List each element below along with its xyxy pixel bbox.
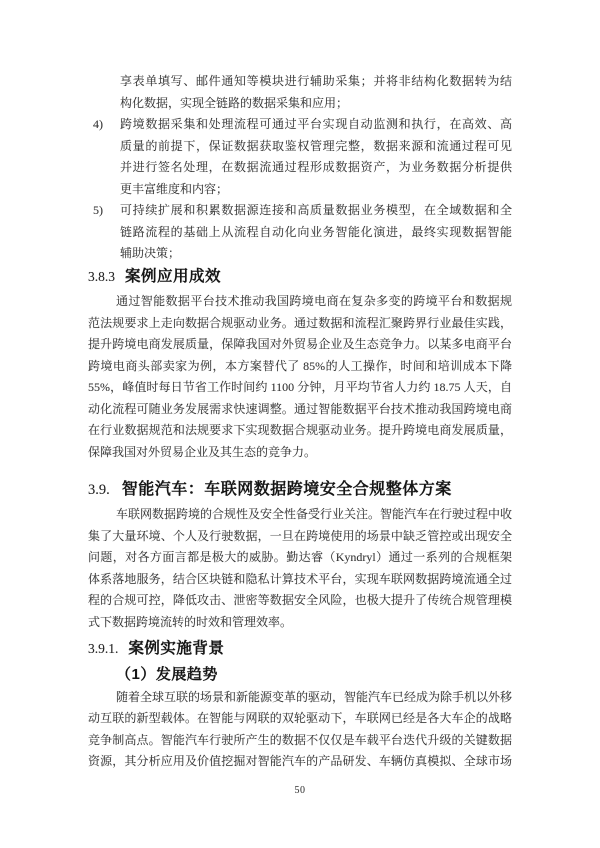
text-line: 式下数据跨境流转的时效和管理效率。 <box>88 612 512 634</box>
page-number: 50 <box>0 786 600 796</box>
text-line: 保障我国对外贸易企业及其生态的竞争力。 <box>88 442 512 464</box>
heading-title: 智能汽车：车联网数据跨境安全合规整体方案 <box>122 481 452 498</box>
section-heading-h39: 3.9.智能汽车：车联网数据跨境安全合规整体方案 <box>88 478 512 502</box>
text-line: 并进行签名处理，在数据流通过程形成数据资产，为业务数据分析提供 <box>120 157 512 179</box>
section-heading-h391: 3.9.1.案例实施背景 <box>88 638 512 660</box>
text-line: 资源，其分析应用及价值挖掘对智能汽车的产品研发、车辆仿真模拟、全球市场 <box>88 751 512 773</box>
list-item-number: 5) <box>93 200 119 222</box>
text-line: 更丰富维度和内容； <box>120 179 512 201</box>
text-line: 55%，峰值时每日节省工作时间约 1100 分钟，月平均节省人力约 18.75 … <box>88 377 512 399</box>
paragraph: 随着全球互联的场景和新能源变革的驱动，智能汽车已经成为除手机以外移动互联的新型载… <box>88 687 512 773</box>
text-line: 竞争制高点。智能汽车行驶所产生的数据不仅仅是车载平台迭代升级的关键数据 <box>88 730 512 752</box>
list-item: 5)可持续扩展和积累数据源连接和高质量数据业务模型，在全域数据和全链路流程的基础… <box>88 200 512 265</box>
text-line: 跨境数据采集和处理流程可通过平台实现自动监测和执行，在高效、高 <box>120 114 512 136</box>
text-line: 体系落地服务，结合区块链和隐私计算技术平台，实现车联网数据跨境流通全过 <box>88 569 512 591</box>
text-line: 辅助决策； <box>120 243 512 265</box>
heading-number: 3.8.3 <box>88 269 115 284</box>
text-line: 车联网数据跨境的合规性及安全性备受行业关注。智能汽车在行驶过程中收 <box>88 504 512 526</box>
text-line: 质量的前提下，保证数据获取鉴权管理完整，数据来源和流通过程可见 <box>120 136 512 158</box>
list-item-continuation: 享表单填写、邮件通知等模块进行辅助采集；并将非结构化数据转为结构化数据，实现全链… <box>88 71 512 114</box>
text-line: 跨境电商头部卖家为例，本方案替代了 85%的人工操作，时间和培训成本下降 <box>88 356 512 378</box>
list-item: 4)跨境数据采集和处理流程可通过平台实现自动监测和执行，在高效、高质量的前提下，… <box>88 114 512 200</box>
text-line: 可持续扩展和积累数据源连接和高质量数据业务模型，在全域数据和全 <box>120 200 512 222</box>
text-line: 程的合规可控，降低攻击、泄密等数据安全风险，也极大提升了传统合规管理模 <box>88 590 512 612</box>
text-line: 动互联的新型载体。在智能与网联的双轮驱动下，车联网已经是各大车企的战略 <box>88 708 512 730</box>
text-line: 构化数据，实现全链路的数据采集和应用； <box>120 93 512 115</box>
text-line: 通过智能数据平台技术推动我国跨境电商在复杂多变的跨境平台和数据规 <box>88 291 512 313</box>
subsection-heading: （1）发展趋势 <box>116 664 512 686</box>
text-line: 提升跨境电商发展质量，保障我国对外贸易企业及生态竞争力。以某多电商平台 <box>88 334 512 356</box>
list-item-number: 4) <box>93 114 119 136</box>
text-line: 范法规要求上走向数据合规驱动业务。通过数据和流程汇聚跨界行业最佳实践， <box>88 313 512 335</box>
paragraph: 车联网数据跨境的合规性及安全性备受行业关注。智能汽车在行驶过程中收集了大量环境、… <box>88 504 512 633</box>
heading-number: 3.9. <box>88 482 110 498</box>
text-line: 在行业数据规范和法规要求下实现数据合规驱动业务。提升跨境电商发展质量， <box>88 420 512 442</box>
text-line: 随着全球互联的场景和新能源变革的驱动，智能汽车已经成为除手机以外移 <box>88 687 512 709</box>
text-line: 享表单填写、邮件通知等模块进行辅助采集；并将非结构化数据转为结 <box>120 71 512 93</box>
section-heading-h383: 3.8.3案例应用成效 <box>88 266 512 288</box>
heading-title: 案例应用成效 <box>125 268 221 285</box>
text-line: 问题，对各方面言都是极大的威胁。勤达睿（Kyndryl）通过一系列的合规框架 <box>88 547 512 569</box>
heading-title: 案例实施背景 <box>128 640 224 657</box>
heading-number: 3.9.1. <box>88 641 118 656</box>
paragraph: 通过智能数据平台技术推动我国跨境电商在复杂多变的跨境平台和数据规范法规要求上走向… <box>88 291 512 463</box>
document-page: 享表单填写、邮件通知等模块进行辅助采集；并将非结构化数据转为结构化数据，实现全链… <box>0 0 600 848</box>
text-line: 集了大量环境、个人及行驶数据，一旦在跨境使用的场景中缺乏管控或出现安全 <box>88 526 512 548</box>
text-line: 链路流程的基础上从流程自动化向业务智能化演进，最终实现数据智能 <box>120 222 512 244</box>
page-content: 享表单填写、邮件通知等模块进行辅助采集；并将非结构化数据转为结构化数据，实现全链… <box>88 71 512 773</box>
text-line: 动化流程可随业务发展需求快速调整。通过智能数据平台技术推动我国跨境电商 <box>88 399 512 421</box>
